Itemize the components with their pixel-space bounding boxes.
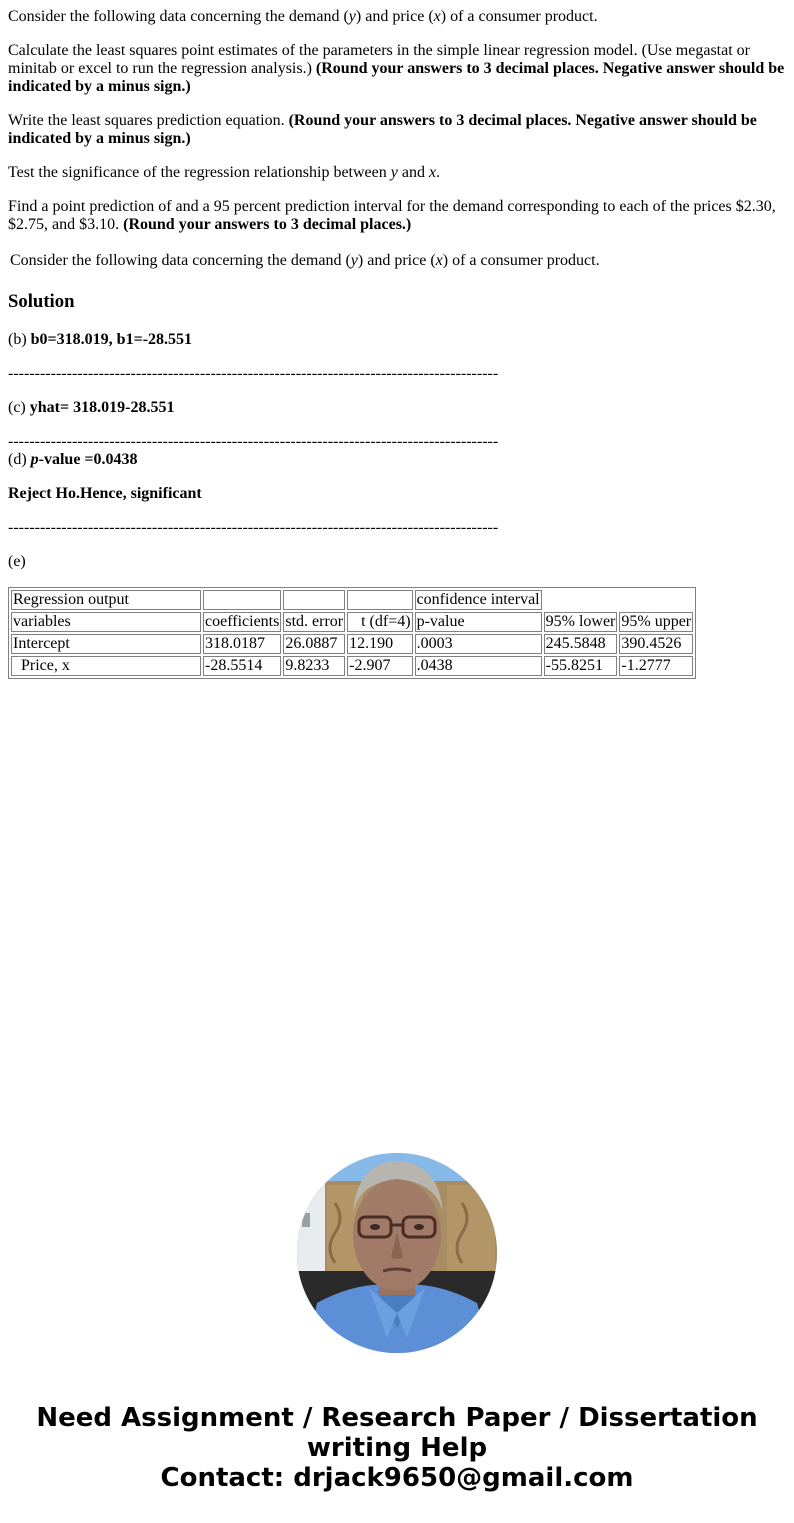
table-cell: Regression output xyxy=(11,590,201,610)
intro-text-1: Consider the following data concerning t… xyxy=(10,252,351,269)
solution-e-label: (e) xyxy=(8,553,788,571)
question-part-b: Calculate the least squares point estima… xyxy=(8,42,788,96)
table-cell: t (df=4) xyxy=(347,612,412,632)
table-cell: 9.8233 xyxy=(283,656,345,676)
var-x: x xyxy=(436,252,443,269)
table-row: variables coefficients std. error t (df=… xyxy=(11,612,693,632)
separator: ----------------------------------------… xyxy=(8,519,788,537)
var-x: x xyxy=(429,164,436,181)
regression-output-table: Regression output confidence interval va… xyxy=(8,587,696,679)
table-row: Price, x -28.5514 9.8233 -2.907 .0438 -5… xyxy=(11,656,693,676)
question-part-d: Test the significance of the regression … xyxy=(8,164,788,182)
table-cell: std. error xyxy=(283,612,345,632)
promo-line-2: writing Help xyxy=(0,1433,794,1463)
table-cell: .0003 xyxy=(415,634,542,654)
table-cell: 95% upper xyxy=(619,612,693,632)
table-cell: -28.5514 xyxy=(203,656,281,676)
table-cell: 26.0887 xyxy=(283,634,345,654)
var-y: y xyxy=(351,252,358,269)
table-cell-empty xyxy=(544,590,618,610)
table-cell: -2.907 xyxy=(347,656,412,676)
author-avatar xyxy=(297,1153,497,1353)
solution-d-answer: -value =0.0438 xyxy=(39,451,138,468)
separator: ----------------------------------------… xyxy=(8,433,788,451)
promo-banner: Need Assignment / Research Paper / Disse… xyxy=(0,1403,794,1493)
table-cell xyxy=(203,590,281,610)
table-cell: Price, x xyxy=(11,656,201,676)
solution-c-label: (c) xyxy=(8,399,30,416)
table-cell: 245.5848 xyxy=(544,634,618,654)
solution-c: (c) yhat= 318.019-28.551 xyxy=(8,399,788,417)
p-symbol: p xyxy=(31,451,39,468)
solution-b-label: (b) xyxy=(8,331,31,348)
var-x: x xyxy=(434,8,441,25)
question-part-c: Write the least squares prediction equat… xyxy=(8,112,788,148)
table-cell-empty xyxy=(619,590,693,610)
portrait-photo-icon xyxy=(297,1153,497,1353)
intro-text-3: ) of a consumer product. xyxy=(441,8,598,25)
intro-text-3: ) of a consumer product. xyxy=(443,252,600,269)
table-cell: -55.8251 xyxy=(544,656,618,676)
question-part-e: Find a point prediction of and a 95 perc… xyxy=(8,198,788,234)
var-y: y xyxy=(349,8,356,25)
solution-d: (d) p-value =0.0438 xyxy=(8,451,788,469)
intro-paragraph: Consider the following data concerning t… xyxy=(8,8,788,26)
table-row: Intercept 318.0187 26.0887 12.190 .0003 … xyxy=(11,634,693,654)
intro-text-1: Consider the following data concerning t… xyxy=(8,8,349,25)
table-cell: 390.4526 xyxy=(619,634,693,654)
table-cell: .0438 xyxy=(415,656,542,676)
table-cell: p-value xyxy=(415,612,542,632)
promo-line-1: Need Assignment / Research Paper / Disse… xyxy=(0,1403,794,1433)
part-c-text: Write the least squares prediction equat… xyxy=(8,112,289,129)
promo-contact: Contact: drjack9650@gmail.com xyxy=(0,1463,794,1493)
table-row: Regression output confidence interval xyxy=(11,590,693,610)
intro-paragraph-repeat: Consider the following data concerning t… xyxy=(10,252,790,270)
table-cell: 318.0187 xyxy=(203,634,281,654)
table-cell: variables xyxy=(11,612,201,632)
table-cell: coefficients xyxy=(203,612,281,632)
intro-text-2: ) and price ( xyxy=(356,8,434,25)
solution-b: (b) b0=318.019, b1=-28.551 xyxy=(8,331,788,349)
table-cell xyxy=(283,590,345,610)
part-d-text-3: . xyxy=(436,164,440,181)
solution-heading: Solution xyxy=(8,291,74,313)
part-e-instruction: (Round your answers to 3 decimal places.… xyxy=(123,216,411,233)
solution-b-answer: b0=318.019, b1=-28.551 xyxy=(31,331,192,348)
intro-text-2: ) and price ( xyxy=(358,252,436,269)
table-cell: -1.2777 xyxy=(619,656,693,676)
conclusion-text: Reject Ho.Hence, significant xyxy=(8,485,202,502)
table-cell xyxy=(347,590,412,610)
table-cell: confidence interval xyxy=(415,590,542,610)
table-cell: 95% lower xyxy=(544,612,618,632)
solution-c-answer: yhat= 318.019-28.551 xyxy=(30,399,175,416)
table-cell: 12.190 xyxy=(347,634,412,654)
part-d-text-2: and xyxy=(398,164,429,181)
solution-d-label: (d) xyxy=(8,451,31,468)
separator: ----------------------------------------… xyxy=(8,365,788,383)
var-y: y xyxy=(391,164,398,181)
table-cell: Intercept xyxy=(11,634,201,654)
part-d-text-1: Test the significance of the regression … xyxy=(8,164,391,181)
solution-d-conclusion: Reject Ho.Hence, significant xyxy=(8,485,788,503)
